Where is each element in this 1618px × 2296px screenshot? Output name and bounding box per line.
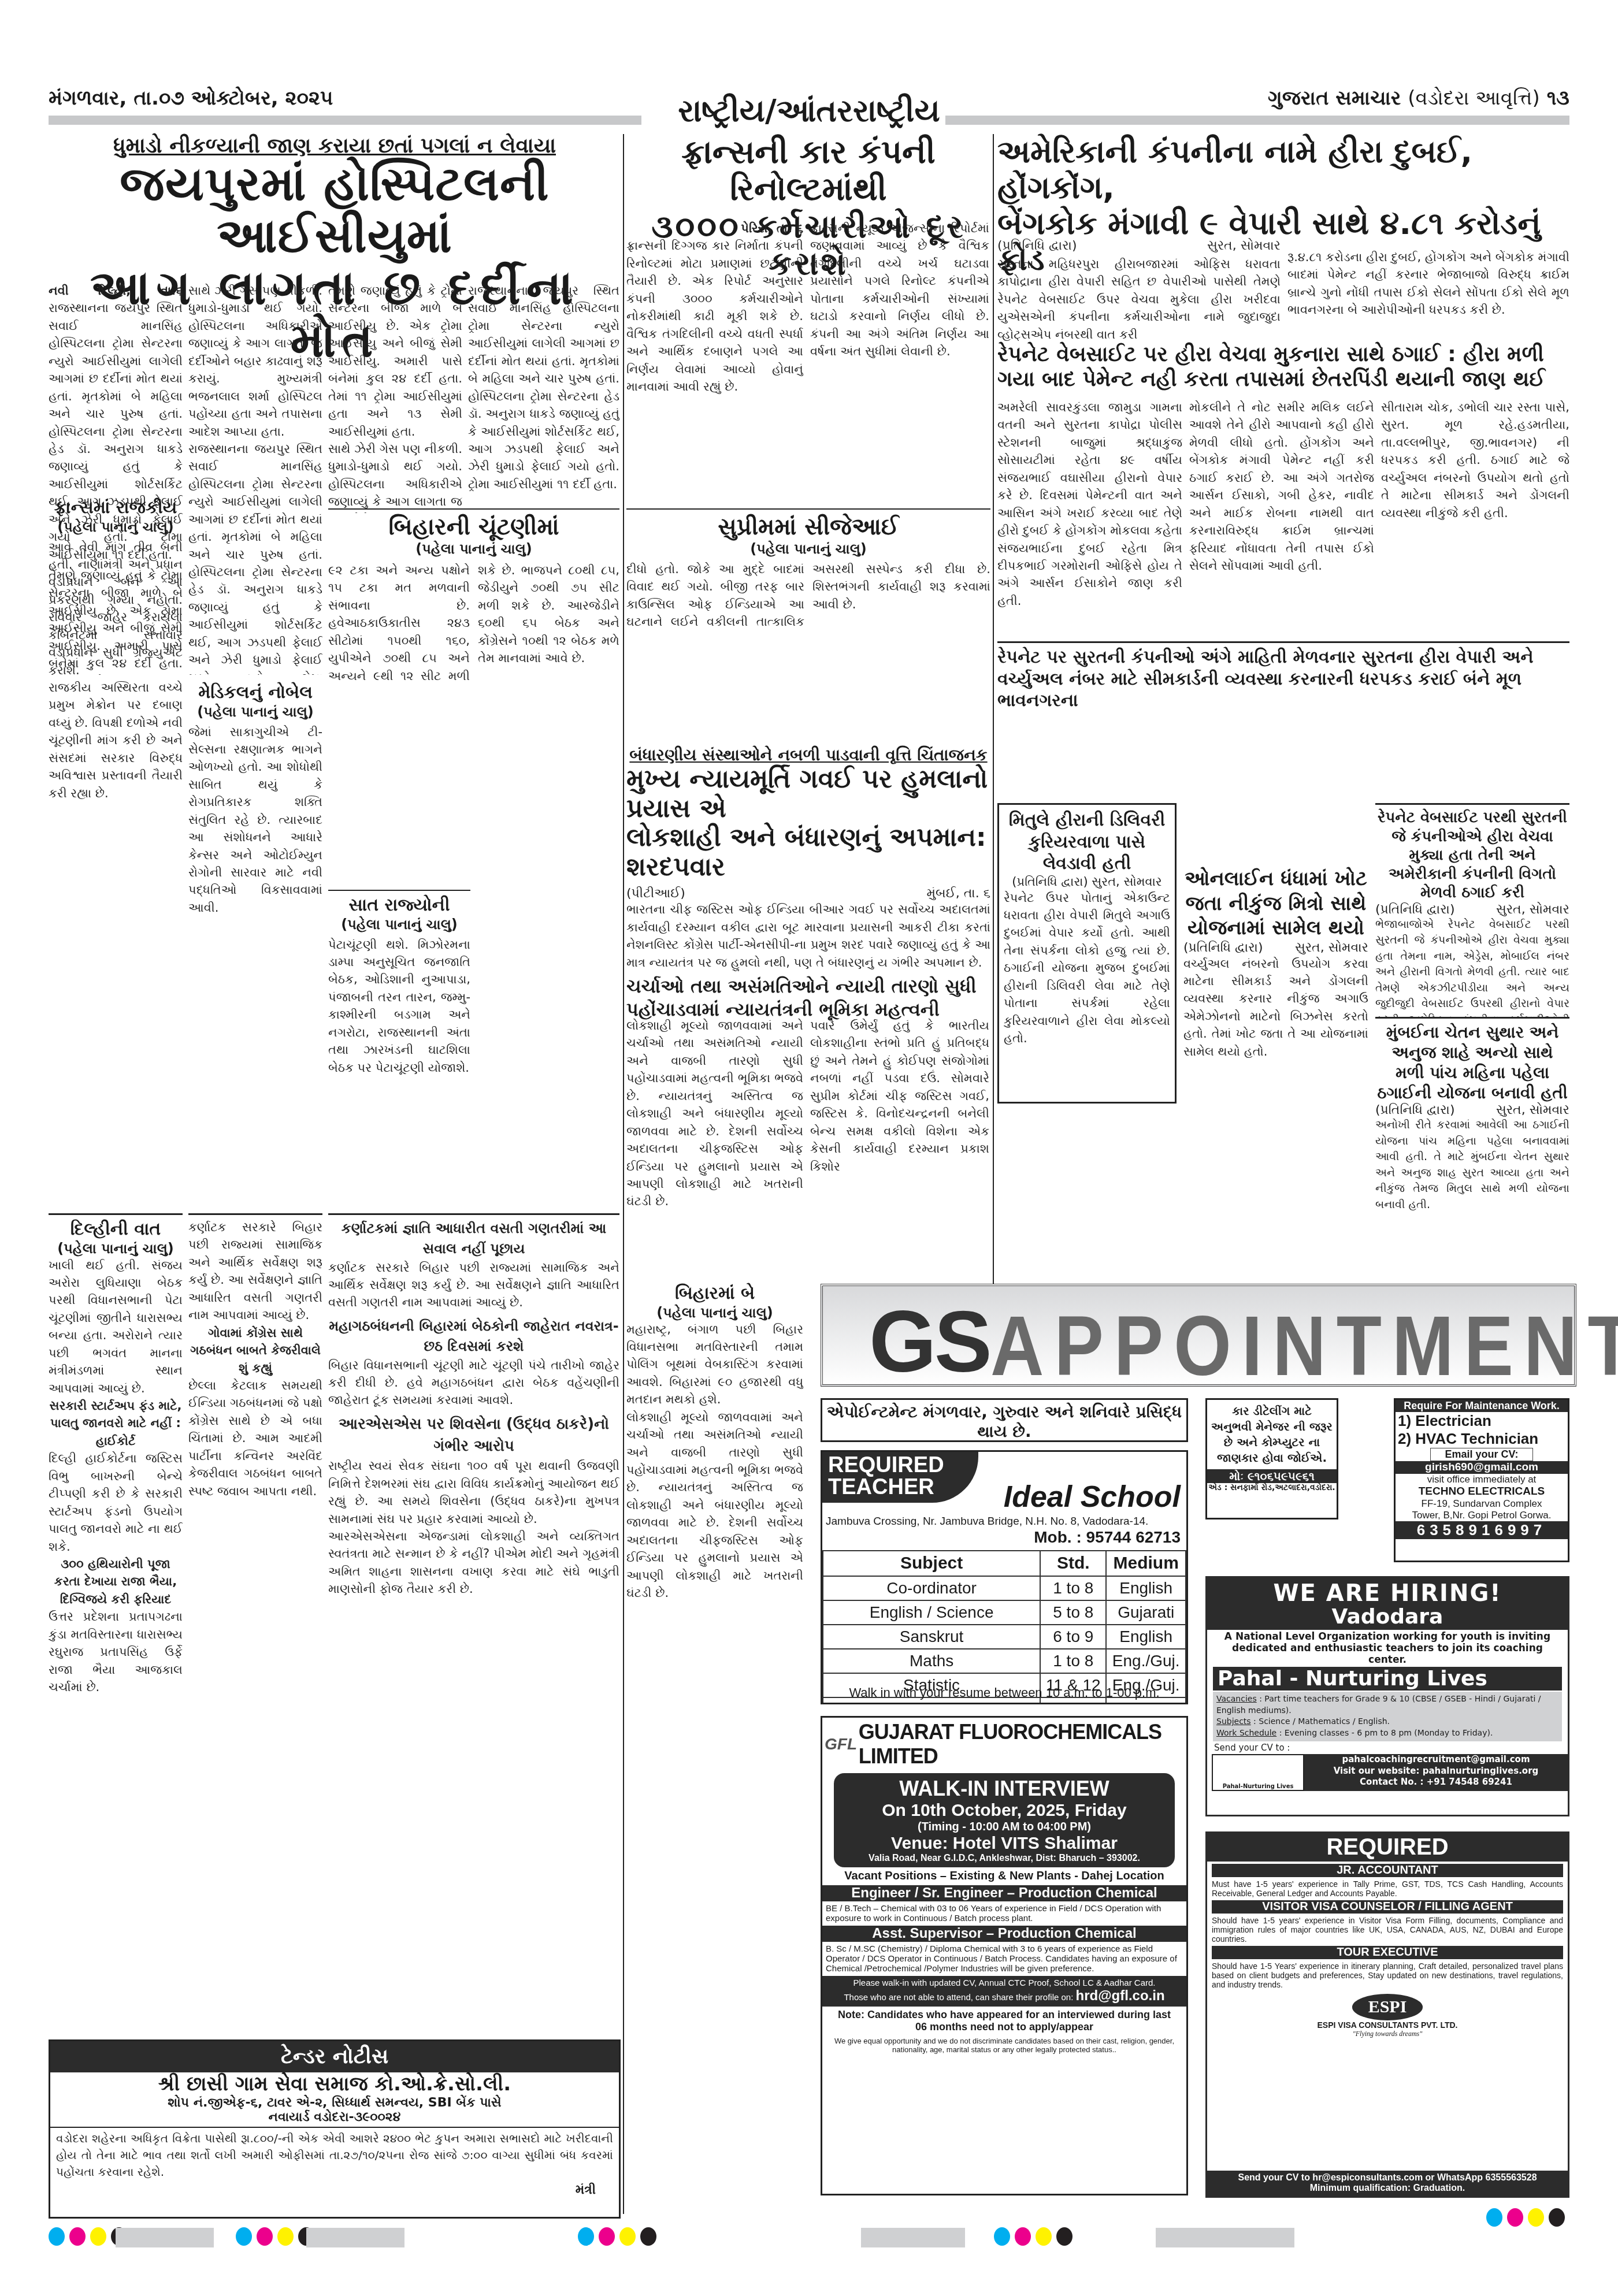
techno-email[interactable]: girish690@gmail.com (1396, 1461, 1568, 1474)
story-supreme: સુપ્રીમમાં સીજેઆઈ (પહેલા પાનાનું ચાલુ) દ… (626, 508, 990, 740)
diamond-col-lead-2: રૂ.૪.૮૧ કરોડના હીરા દુબઈ, હોંગકોંગ અને બ… (1287, 248, 1569, 341)
espi-contact[interactable]: Send your CV to hr@espiconsultants.com o… (1209, 2173, 1565, 2183)
bihar-two-headline: બિહારમાં બે (626, 1283, 803, 1305)
diamond-box-head: રેપનેટ પર સુરતની કંપનીઓ અંગે માહિતી મેળવ… (997, 641, 1569, 712)
story-mumbai: મુંબઈના ચેતન સુથાર અને અનુજ શાહે અન્યો સ… (1375, 1017, 1569, 1271)
column-rule (993, 134, 994, 1284)
paper-name: ગુજરાત સમાચાર (1268, 87, 1401, 110)
story-mitul: મિતુલે હીરાની ડિલિવરી કુરિયરવાળા પાસે લે… (997, 803, 1177, 1104)
masthead-date: મંગળવાર, તા.૦૭ ઓક્ટોબર, ૨૦૨૫ (49, 87, 349, 110)
story-constitution: બંધારણીય સંસ્થાઓને નબળી પાડવાની વૃત્તિ ચ… (626, 745, 990, 1021)
constitution-headline-1: મુખ્ય ન્યાયમૂર્તિ ગવઈ પર હુમલાનો પ્રયાસ … (626, 765, 990, 823)
story-delhi: દિલ્હીની વાત (પહેલા પાનાનું ચાલુ) ખાલી થ… (49, 1213, 183, 2022)
renault-col-1: પેરિસ, તા. ૬ ફ્રાન્સની દિગ્ગજ કાર નિર્મા… (626, 220, 803, 508)
story-repnet: રેપનેટ વેબસાઈટ પરથી સુરતની જે કંપનીઓએ હી… (1375, 803, 1569, 1017)
constitution-col-1: લોકશાહી મૂલ્યો જાળવવામાં અને ચર્ચાઓ તથા … (626, 1017, 803, 1277)
ad-espi: REQUIRED JR. ACCOUNTANT Must have 1-5 ye… (1205, 1831, 1569, 2198)
registration-dots (236, 2227, 314, 2246)
registration-bar (306, 2228, 404, 2247)
delhi-headline: દિલ્હીની વાત (49, 1218, 183, 1240)
gs-logo: GS (869, 1292, 990, 1392)
story-bihar-election: બિહારની ચૂંટણીમાં (પહેલા પાનાનું ચાલુ) ૯… (328, 508, 619, 867)
story-medical-nobel: મેડિકલનું નોબેલ (પહેલા પાનાનું ચાલુ) જેમ… (188, 682, 322, 959)
mumbai-headline: મુંબઈના ચેતન સુથાર અને અનુજ શાહે અન્યો સ… (1375, 1022, 1569, 1103)
gfl-email[interactable]: hrd@gfl.co.in (1076, 1988, 1165, 2004)
ad-techno-electricals: Require For Maintenance Work. 1) Electri… (1394, 1398, 1569, 1562)
bihar-election-headline: બિહારની ચૂંટણીમાં (328, 508, 619, 541)
masthead-rule-right (945, 116, 1569, 125)
diamond-headline-1: અમેરિકાની કંપનીના નામે હીરા દુબઈ, હોંગકો… (997, 134, 1569, 206)
diamond-col-lead: (પ્રતિનિધિ દ્વારા)સુરત, સોમવાર સુરતના મહ… (997, 237, 1281, 341)
registration-dots (994, 2227, 1073, 2246)
france-politics-headline: ફ્રાન્સમાં રાજકીય (49, 497, 183, 519)
tender-title: ટેન્ડર નોટીસ (50, 2041, 619, 2072)
jaipur-col-4: રાજસ્થાનના જયપુર સ્થિત સવાઈ માનસિંહ હોસ્… (468, 282, 619, 513)
registration-dots (1486, 2208, 1565, 2227)
ad-pahal: WE ARE HIRING! Vadodara A National Level… (1205, 1576, 1569, 1816)
masthead-rule-left (49, 116, 641, 125)
table-row: Maths1 to 8Eng./Guj. (823, 1649, 1186, 1673)
pahal-logo: Pahal-Nurturing Lives (1212, 1754, 1304, 1791)
seven-states-headline: સાત રાજ્યોની (328, 890, 470, 916)
pahal-website[interactable]: Visit our website: pahalnurturinglives.o… (1304, 1766, 1568, 1777)
jaipur-kicker: ધુમાડો નીકળ્યાની જાણ કરાયા છતાં પગલાં ન … (49, 134, 621, 158)
edition-label: (વડોદરા આવૃત્તિ) (1408, 87, 1540, 110)
ad-gfl: GFL GUJARAT FLUOROCHEMICALS LIMITED WALK… (821, 1716, 1188, 2195)
column-rule (623, 134, 624, 2214)
table-row: Co-ordinator1 to 8English (823, 1576, 1186, 1600)
constitution-col-2: પવારે ઉમેર્યું હતું કે ભારતીય લોકશાહીના … (810, 1017, 989, 1277)
supreme-headline: સુપ્રીમમાં સીજેઆઈ (626, 508, 990, 541)
jaipur-dateline: નવી દિલ્હી, તા.૬ (49, 284, 183, 298)
appointments-notice: એપોઈન્ટમેન્ટ મંગળવાર, ગુરુવાર અને શનિવાર… (821, 1398, 1188, 1442)
story-gujarat-congress: કર્ણાટક સરકારે બિહાર પછી રાજ્યમાં સામાજિ… (188, 1213, 322, 2022)
table-row: Sanskrut6 to 9English (823, 1625, 1186, 1649)
ad-ideal-school: REQUIRED TEACHER Ideal School Jambuva Cr… (821, 1450, 1188, 1704)
section-title: રાષ્ટ્રીય/આંતરરાષ્ટ્રીય (641, 92, 977, 129)
table-row: English / Science5 to 8Gujarati (823, 1600, 1186, 1625)
gfl-logo: GFL (825, 1735, 859, 1753)
ideal-school-name: Ideal School (1004, 1480, 1181, 1514)
jaipur-headline-1: જયપુરમાં હોસ્પિટલની આઈસીયુમાં (49, 158, 621, 262)
registration-dots (578, 2227, 656, 2246)
registration-bar (1156, 2228, 1294, 2247)
repnet-headline: રેપનેટ વેબસાઈટ પરથી સુરતની જે કંપનીઓએ હી… (1375, 808, 1569, 902)
tender-notice: ટેન્ડર નોટીસ શ્રી છાસી ગામ સેવા સમાજ કો.… (49, 2039, 621, 2219)
tender-org: શ્રી છાસી ગામ સેવા સમાજ કો.ઓ.ક્રે.સો.લી. (50, 2072, 619, 2096)
renault-col-2: ફ્રાન્સની ન્યૂઝ એજન્સીના રિપોર્ટમાં જણાવ… (810, 220, 989, 508)
required-teacher-badge: REQUIRED TEACHER (822, 1452, 978, 1503)
nikunj-headline: ઓનલાઈન ધંધામાં ખોટ જતા નીકુંજ મિત્રો સાથ… (1183, 867, 1368, 941)
story-nikunj: ઓનલાઈન ધંધામાં ખોટ જતા નીકુંજ મિત્રો સાથ… (1183, 867, 1368, 1271)
medical-nobel-headline: મેડિકલનું નોબેલ (188, 682, 322, 704)
ideal-school-mobile: Mob. : 95744 62713 (1034, 1528, 1181, 1547)
constitution-headline-2: લોકશાહી અને બંધારણનું અપમાન: શરદપવાર (626, 823, 990, 882)
story-bihar-two: બિહારમાં બે (પહેલા પાનાનું ચાલુ) મહારાષ્… (626, 1283, 803, 2207)
diamond-col-3: સીતારામ ચોક, ડભોલી ચાર રસ્તા પાસે, સુરત.… (1381, 399, 1569, 641)
techno-phone: 6358916997 (1396, 1521, 1568, 1539)
registration-bar (861, 2228, 965, 2247)
story-france-politics: ફ્રાન્સમાં રાજકીય (પહેલા પાનાનું ચાલુ) આ… (49, 497, 183, 867)
constitution-kicker: બંધારણીય સંસ્થાઓને નબળી પાડવાની વૃત્તિ ચ… (626, 745, 990, 765)
ad-car-detailing: કાર ડીટેલીંગ માટે અનુભવી મેનેજર ની જરૂર … (1205, 1398, 1338, 1519)
pahal-email[interactable]: pahalcoachingrecruitment@gmail.com (1304, 1754, 1568, 1766)
renault-headline-1: ફ્રાન્સની કાર કંપની રિનોલ્ટમાંથી (626, 134, 990, 209)
story-caste: કર્ણાટકમાં જ્ઞાતિ આધારીત વસતી ગણતરીમાં આ… (328, 1213, 619, 2022)
appointments-title: APPOINTMENTS (990, 1297, 1618, 1395)
espi-logo: ESPI (1352, 1994, 1423, 2020)
mitul-headline: મિતુલે હીરાની ડિલિવરી કુરિયરવાળા પાસે લે… (1004, 809, 1170, 875)
ideal-school-table: Subject Std. Medium Co-ordinator1 to 8En… (822, 1550, 1186, 1704)
gs-appointments-banner: GS APPOINTMENTS (821, 1284, 1576, 1387)
masthead-right: ગુજરાત સમાચાર (વડોદરા આવૃત્તિ) ૧૩ (1185, 87, 1569, 110)
page-number: ૧૩ (1547, 87, 1569, 110)
jaipur-col-2: સાથે ઝેરી ગેસ પણ નીકળી. ધુમાડો-ધુમાડો થઈ… (188, 282, 322, 675)
registration-bar (116, 2228, 214, 2247)
pahal-brand: Pahal - Nurturing Lives (1213, 1667, 1562, 1691)
story-seven-states: સાત રાજ્યોની (પહેલા પાનાનું ચાલુ) પેટાચૂ… (328, 890, 470, 1213)
constitution-subhead: ચર્ચાઓ તથા અસંમતિઓને ન્યાયી તારણો સુધી પ… (626, 975, 990, 1021)
jaipur-col-3: તેમણે જણાવ્યું હતું કે ટ્રોમા સેન્ટરના બ… (328, 282, 462, 513)
diamond-subhead: રેપનેટ વેબસાઈટ પર હીરા વેચવા મુકનારા સાથ… (997, 342, 1569, 392)
